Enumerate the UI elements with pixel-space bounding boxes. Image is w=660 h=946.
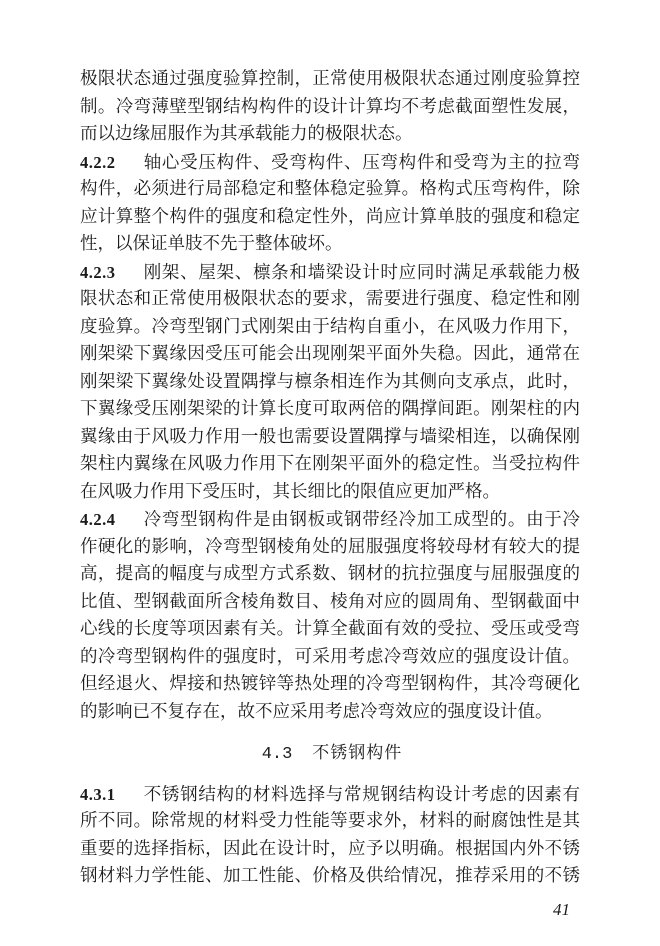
text-line: 比值、型钢截面所含棱角数目、棱角对应的圆周角、型钢截面中 [80,589,580,617]
text-line: 性，以保证单肢不先于整体破坏。 [80,231,580,259]
text-line: 4.2.4冷弯型钢构件是由钢板或钢带经冷加工成型的。由于冷 [80,506,580,534]
clause-number: 4.2.4 [80,506,143,534]
clause-number: 4.2.2 [80,149,143,177]
section-heading: 4.3不锈钢构件 [80,739,580,767]
text-line: 的影响已不复存在，故不应采用考虑冷弯效应的强度设计值。 [80,699,580,727]
text-line: 架柱内翼缘在风吸力作用下在刚架平面外的稳定性。当受拉构件 [80,451,580,479]
text-line: 心线的长度等项因素有关。计算全截面有效的受拉、受压或受弯 [80,616,580,644]
text-line: 的冷弯型钢构件的强度时，可采用考虑冷弯效应的强度设计值。 [80,644,580,672]
text-line: 应计算整个构件的强度和稳定性外，尚应计算单肢的强度和稳定 [80,204,580,232]
text-line: 制。冷弯薄壁型钢结构构件的设计计算均不考虑截面塑性发展， [80,94,580,122]
text-line: 所不同。除常规的材料受力性能等要求外，材料的耐腐蚀性是其 [80,808,580,835]
text-line: 4.2.3刚架、屋架、檩条和墙梁设计时应同时满足承载能力极 [80,259,580,287]
text-line: 4.2.2轴心受压构件、受弯构件、压弯构件和受弯为主的拉弯 [80,149,580,177]
text-line: 翼缘由于风吸力作用一般也需要设置隅撑与墙梁相连，以确保刚 [80,424,580,452]
text-line: 而以边缘屈服作为其承载能力的极限状态。 [80,121,580,149]
text-line: 刚架梁下翼缘因受压可能会出现刚架平面外失稳。因此，通常在 [80,341,580,369]
clause-4-2-3: 4.2.3刚架、屋架、檩条和墙梁设计时应同时满足承载能力极 限状态和正常使用极限… [80,259,580,507]
text-line: 高，提高的幅度与成型方式系数、钢材的抗拉强度与屈服强度的 [80,561,580,589]
clause-text: 冷弯型钢构件是由钢板或钢带经冷加工成型的。由于冷 [143,510,580,530]
text-line: 构件，必须进行局部稳定和整体稳定验算。格构式压弯构件，除 [80,176,580,204]
clause-text: 轴心受压构件、受弯构件、压弯构件和受弯为主的拉弯 [143,153,580,173]
clause-4-3-1: 4.3.1不锈钢结构的材料选择与常规钢结构设计考虑的因素有 所不同。除常规的材料… [80,781,580,890]
text-line: 限状态和正常使用极限状态的要求，需要进行强度、稳定性和刚 [80,286,580,314]
text-line: 度验算。冷弯型钢门式刚架由于结构自重小，在风吸力作用下， [80,314,580,342]
section-number: 4.3 [262,745,293,764]
text-line: 但经退火、焊接和热镀锌等热处理的冷弯型钢构件，其冷弯硬化 [80,671,580,699]
page-number: 41 [553,900,570,920]
text-line: 作硬化的影响，冷弯型钢棱角处的屈服强度将较母材有较大的提 [80,534,580,562]
continuation-paragraph: 极限状态通过强度验算控制，正常使用极限状态通过刚度验算控 制。冷弯薄壁型钢结构构… [80,66,580,149]
text-line: 4.3.1不锈钢结构的材料选择与常规钢结构设计考虑的因素有 [80,781,580,808]
section-title: 不锈钢构件 [312,743,402,763]
text-line: 下翼缘受压刚架梁的计算长度可取两倍的隅撑间距。刚架柱的内 [80,396,580,424]
page-body: 极限状态通过强度验算控制，正常使用极限状态通过刚度验算控 制。冷弯薄壁型钢结构构… [80,66,580,890]
text-line: 重要的选择指标，因此在设计时，应予以明确。根据国内外不锈 [80,836,580,863]
clause-text: 刚架、屋架、檩条和墙梁设计时应同时满足承载能力极 [143,263,580,283]
text-line: 钢材料力学性能、加工性能、价格及供给情况，推荐采用的不锈 [80,863,580,890]
clause-4-2-2: 4.2.2轴心受压构件、受弯构件、压弯构件和受弯为主的拉弯 构件，必须进行局部稳… [80,149,580,259]
clause-number: 4.3.1 [80,781,143,808]
text-line: 极限状态通过强度验算控制，正常使用极限状态通过刚度验算控 [80,66,580,94]
clause-number: 4.2.3 [80,259,143,287]
text-line: 刚架梁下翼缘处设置隅撑与檩条相连作为其侧向支承点，此时， [80,369,580,397]
text-line: 在风吸力作用下受压时，其长细比的限值应更加严格。 [80,479,580,507]
clause-4-2-4: 4.2.4冷弯型钢构件是由钢板或钢带经冷加工成型的。由于冷 作硬化的影响，冷弯型… [80,506,580,726]
clause-text: 不锈钢结构的材料选择与常规钢结构设计考虑的因素有 [143,785,580,805]
